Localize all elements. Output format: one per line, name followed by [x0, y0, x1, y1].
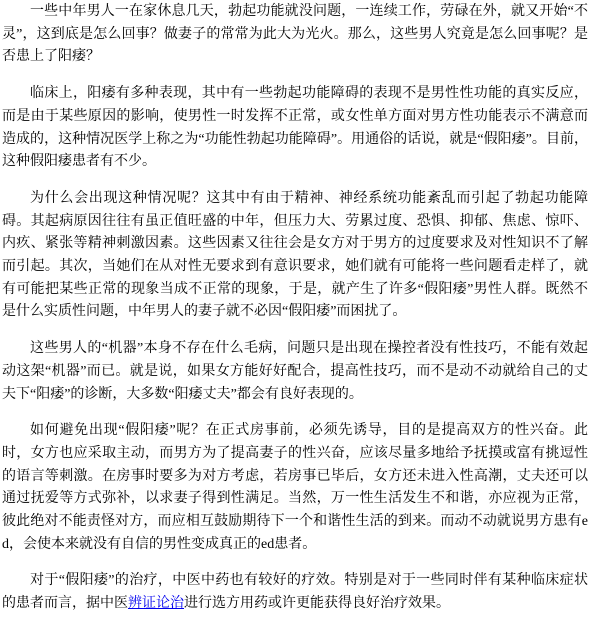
- paragraph-3: 为什么会出现这种情况呢？这其中有由于精神、神经系统功能紊乱而引起了勃起功能障碍。…: [2, 188, 588, 324]
- article-page: 一些中年男人一在家休息几天，勃起功能就没问题，一连续工作，劳碌在外，就又开始“不…: [0, 0, 592, 621]
- paragraph-4: 这些男人的“机器”本身不存在什么毛病，问题只是出现在操控者没有性技巧，不能有效起…: [2, 338, 588, 406]
- paragraph-6-text-after-link: 进行选方用药或许更能获得良好治疗效果。: [184, 596, 450, 611]
- paragraph-6: 对于“假阳痿”的治疗，中医中药也有较好的疗效。特别是对于一些同时伴有某种临床症状…: [2, 570, 588, 615]
- bianzheng-lunzhi-link[interactable]: 辨证论治: [128, 596, 184, 611]
- paragraph-5: 如何避免出现“假阳痿”呢？在正式房事前，必须先诱导，目的是提高双方的性兴奋。此时…: [2, 420, 588, 556]
- paragraph-2: 临床上，阳痿有多种表现，其中有一些勃起功能障碍的表现不是男性性功能的真实反应，而…: [2, 83, 588, 174]
- paragraph-1: 一些中年男人一在家休息几天，勃起功能就没问题，一连续工作，劳碌在外，就又开始“不…: [2, 1, 588, 69]
